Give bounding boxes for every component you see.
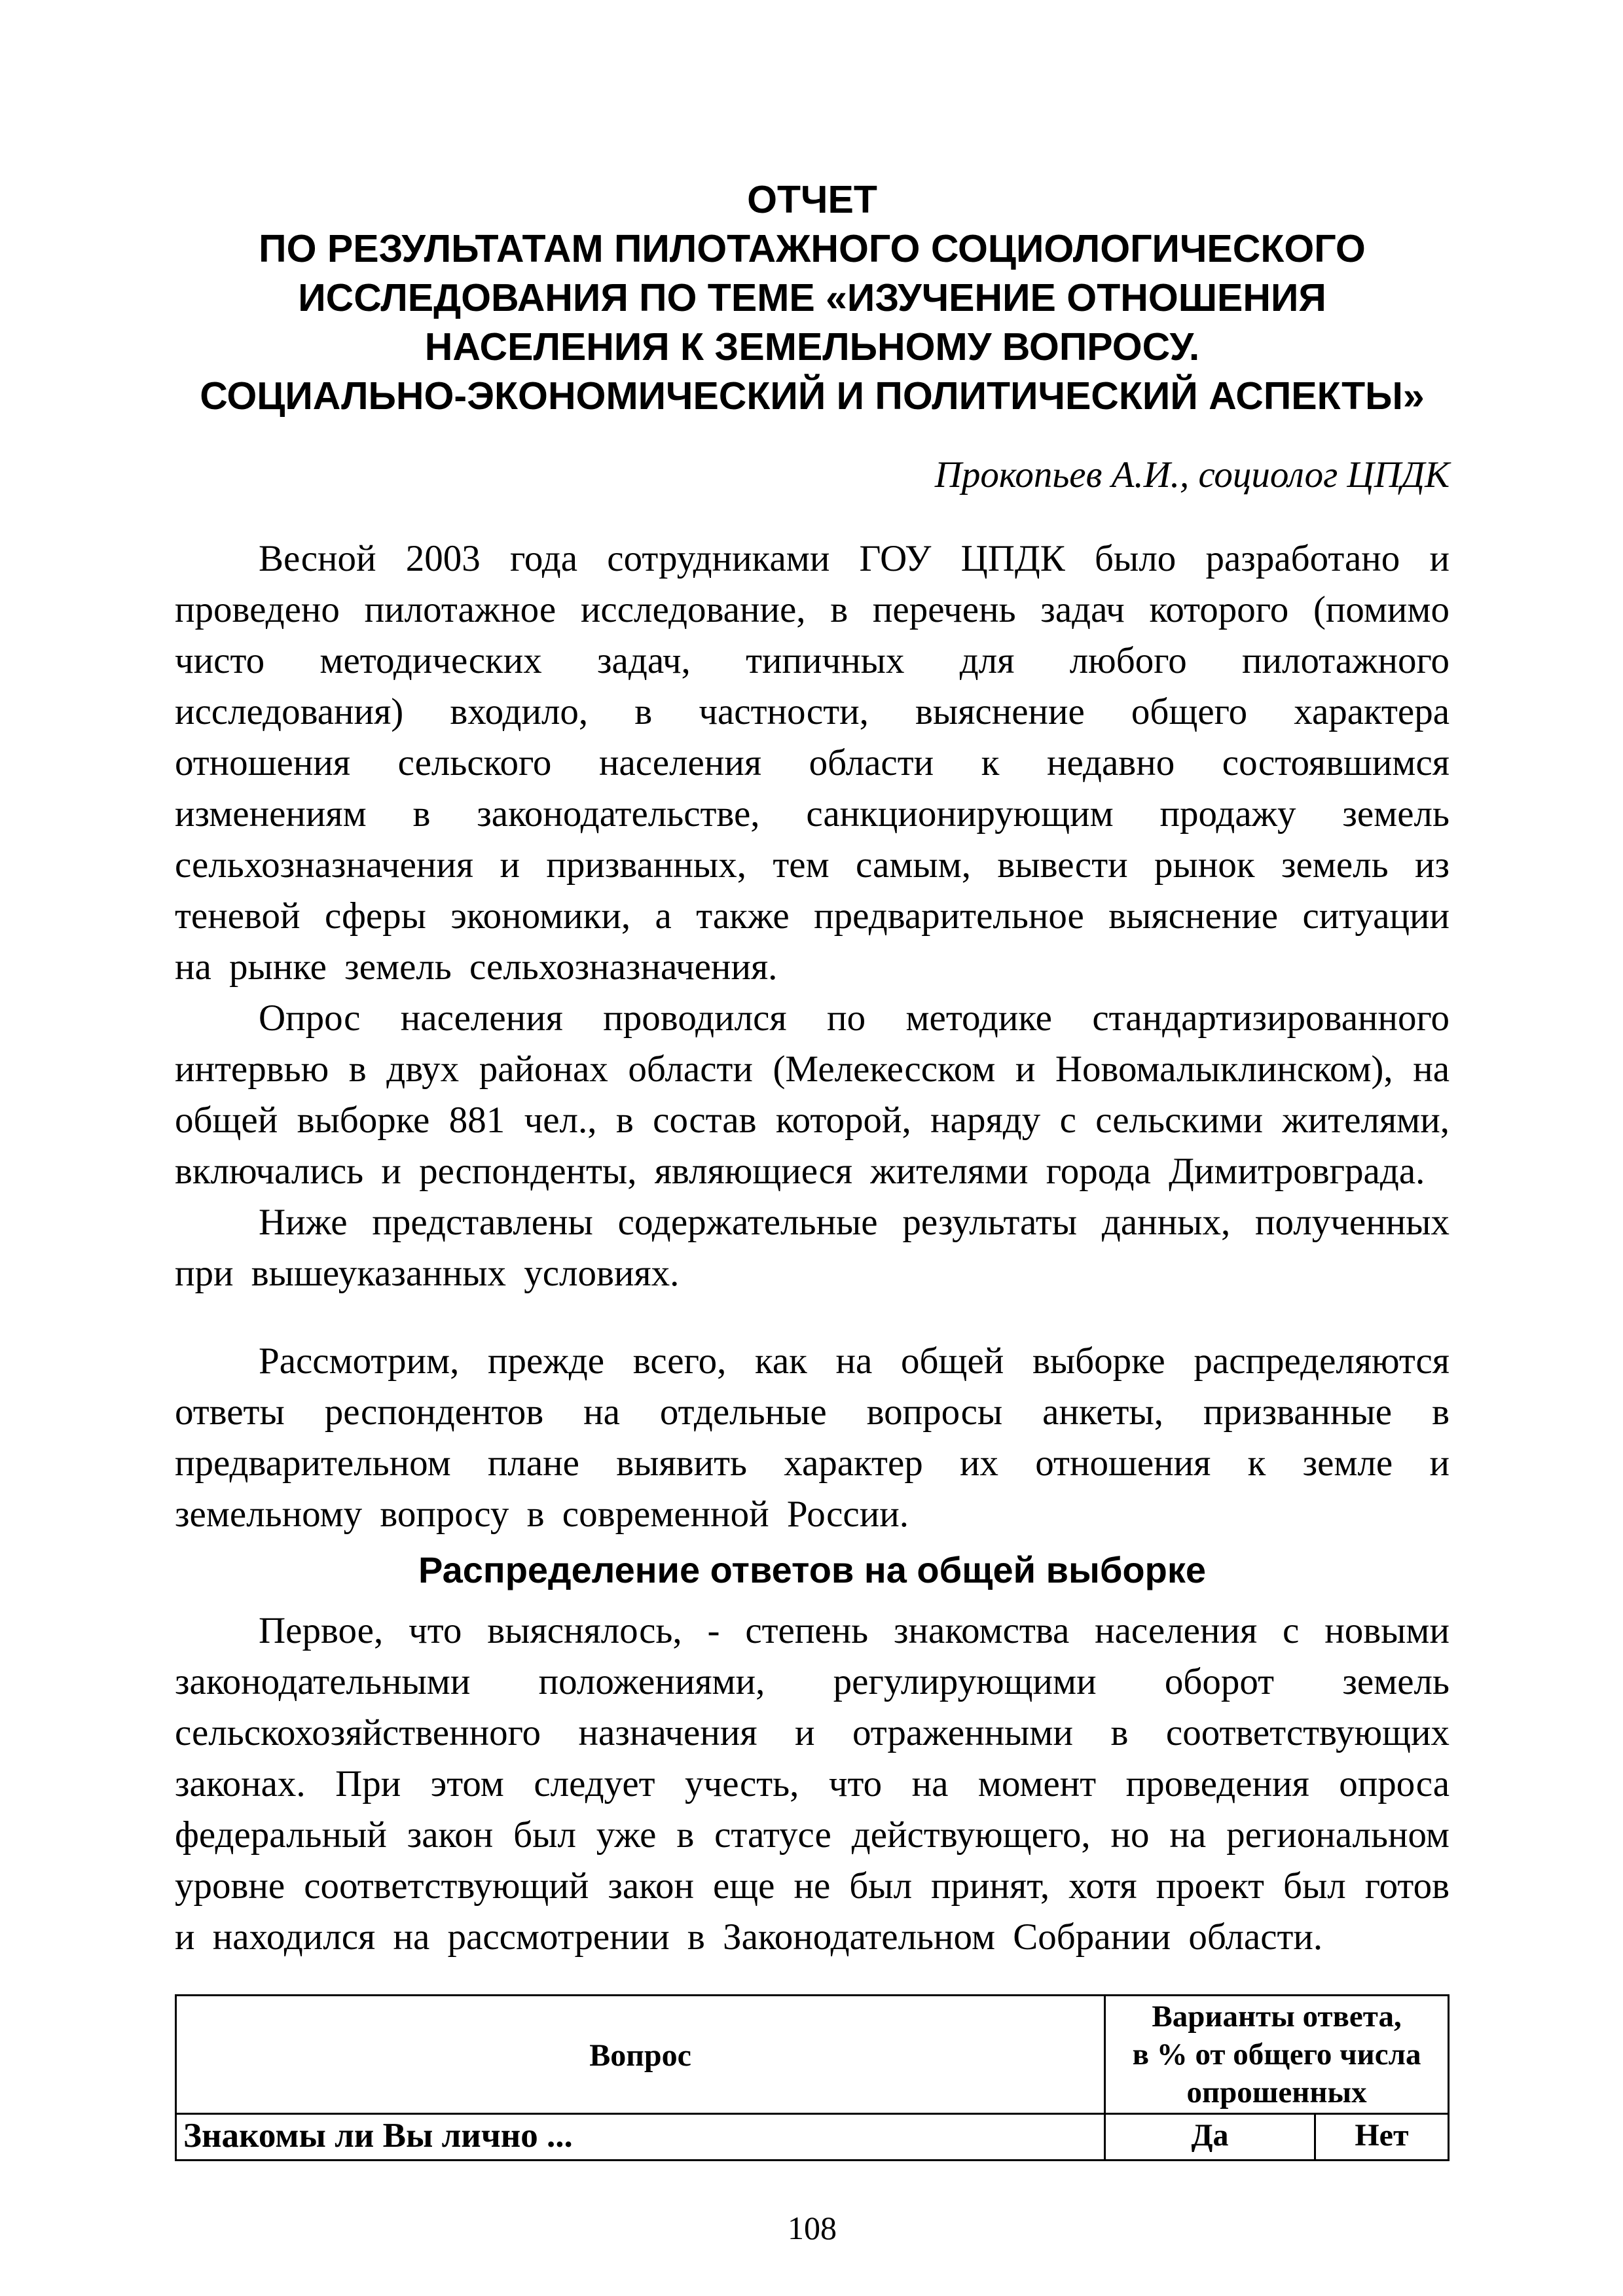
document-body-continued: Первое, что выяснялось, - степень знаком… <box>175 1605 1450 1963</box>
table-row: Знакомы ли Вы лично ... Да Нет <box>176 2114 1449 2161</box>
table-header-row: Вопрос Варианты ответа, в % от общего чи… <box>176 1996 1449 2114</box>
paragraph-first-finding: Первое, что выяснялось, - степень знаком… <box>175 1605 1450 1963</box>
page-number: 108 <box>175 2208 1450 2248</box>
table-header-answers: Варианты ответа, в % от общего числа опр… <box>1105 1996 1449 2114</box>
results-table: Вопрос Варианты ответа, в % от общего чи… <box>175 1994 1450 2161</box>
document-title: ОТЧЕТ ПО РЕЗУЛЬТАТАМ ПИЛОТАЖНОГО СОЦИОЛО… <box>175 175 1450 421</box>
row-answer-yes: Да <box>1105 2114 1315 2161</box>
paragraph-intro: Весной 2003 года сотрудниками ГОУ ЦПДК б… <box>175 533 1450 993</box>
section-heading: Распределение ответов на общей выборке <box>175 1544 1450 1596</box>
paragraph-results-note: Ниже представлены содержательные результ… <box>175 1197 1450 1299</box>
row-question-label: Знакомы ли Вы лично ... <box>176 2114 1105 2161</box>
paragraph-overview: Рассмотрим, прежде всего, как на общей в… <box>175 1336 1450 1540</box>
paragraph-survey: Опрос населения проводился по методике с… <box>175 993 1450 1197</box>
document-page: ОТЧЕТ ПО РЕЗУЛЬТАТАМ ПИЛОТАЖНОГО СОЦИОЛО… <box>0 0 1623 2296</box>
author-line: Прокопьев А.И., социолог ЦПДК <box>175 450 1450 501</box>
table-header-question: Вопрос <box>176 1996 1105 2114</box>
row-answer-no: Нет <box>1315 2114 1448 2161</box>
document-body: Весной 2003 года сотрудниками ГОУ ЦПДК б… <box>175 533 1450 1540</box>
